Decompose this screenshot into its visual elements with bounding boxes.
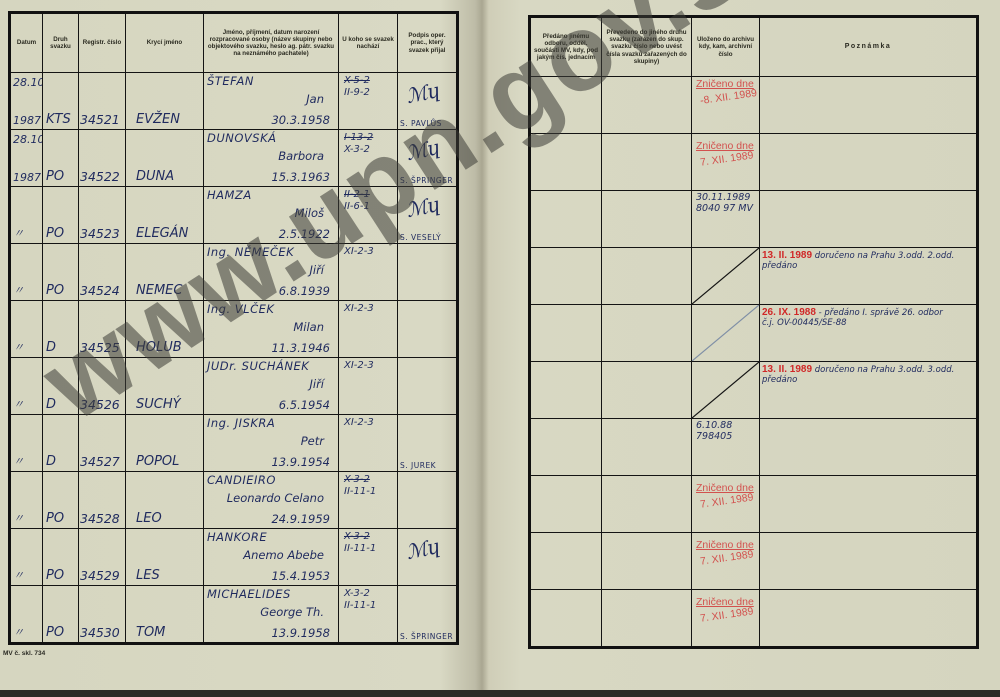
person-cell: Ing. JISKRAPetr13.9.1954 <box>204 415 339 472</box>
transferred-cell <box>602 305 692 362</box>
first-name: Milan <box>293 320 324 334</box>
signature-cell: ℳɥS. PAVLŮS <box>398 73 458 130</box>
cover-name: EVŽEN <box>136 112 180 127</box>
col-header-note: Poznámka <box>760 17 978 77</box>
cover-cell: LES <box>126 529 204 586</box>
first-name: Jan <box>306 92 324 106</box>
note-cell <box>760 590 978 648</box>
type-cell: PO <box>43 529 79 586</box>
note-cell <box>760 77 978 134</box>
signer-name: S. ŠPRINGER <box>400 632 453 641</box>
date-year: 〃 <box>13 624 24 640</box>
type-cell: D <box>43 301 79 358</box>
first-name: Miloš <box>295 206 324 220</box>
date-year: 〃 <box>13 453 24 469</box>
transferred-cell <box>602 590 692 648</box>
signer-name: S. ŠPRINGER <box>400 176 453 185</box>
note-cell: 13. II. 1989 doručeno na Prahu 3.odd. 2.… <box>760 248 978 305</box>
col-header-type: Druh svazku <box>43 13 79 73</box>
signature-scrawl: ℳɥ <box>404 135 443 166</box>
signature-scrawl: ℳɥ <box>404 78 443 109</box>
person-cell: MICHAELIDESGeorge Th.13.9.1958 <box>204 586 339 644</box>
type-cell: D <box>43 358 79 415</box>
note-cell <box>760 476 978 533</box>
file-type: PO <box>46 283 64 298</box>
cover-name: DUNA <box>136 169 174 184</box>
transferred-cell <box>602 533 692 590</box>
transferred-cell <box>602 419 692 476</box>
diagonal-strike <box>692 248 759 304</box>
date-year: 〃 <box>13 282 24 298</box>
signature-cell: S. JUREK <box>398 415 458 472</box>
table-row: 〃PO34529LESHANKOREAnemo Abebe15.4.1953X-… <box>10 529 458 586</box>
birth-date: 2.5.1922 <box>279 227 330 241</box>
person-cell: JUDr. SUCHÁNEKJiří6.5.1954 <box>204 358 339 415</box>
archived-cell: Zničeno dne-8. XII. 1989 <box>692 77 760 134</box>
date-year: 〃 <box>13 567 24 583</box>
transferred-cell <box>602 77 692 134</box>
reg-cell: 34525 <box>79 301 126 358</box>
surname: Ing. VLČEK <box>207 302 274 316</box>
reg-cell: 34528 <box>79 472 126 529</box>
surname: Ing. NĚMEČEK <box>207 245 294 259</box>
handed-over-cell <box>530 77 602 134</box>
surname: DUNOVSKÁ <box>207 131 277 145</box>
file-type: PO <box>46 226 64 241</box>
date-cell: 〃 <box>10 472 43 529</box>
reg-number: 34524 <box>80 283 120 298</box>
signature-scrawl: ℳɥ <box>404 534 443 565</box>
date-cell: 〃 <box>10 529 43 586</box>
first-name: George Th. <box>260 605 324 619</box>
location-code: XI-2-3 <box>344 303 374 314</box>
reg-cell: 34521 <box>79 73 126 130</box>
handed-over-cell <box>530 191 602 248</box>
cover-cell: DUNA <box>126 130 204 187</box>
table-row: 〃D34525HOLUBIng. VLČEKMilan11.3.1946XI-2… <box>10 301 458 358</box>
table-row: 13. II. 1989 doručeno na Prahu 3.odd. 2.… <box>530 248 978 305</box>
cover-name: POPOL <box>136 454 179 469</box>
note-entry: 26. IX. 1988 - předáno I. správě 26. odb… <box>762 308 943 328</box>
location-cell: XI-2-3 <box>339 244 398 301</box>
cover-name: HOLUB <box>136 340 182 355</box>
file-type: PO <box>46 568 64 583</box>
location-cell: II-2-1II-6-1 <box>339 187 398 244</box>
person-cell: HAMZAMiloš2.5.1922 <box>204 187 339 244</box>
col-header-cover-name: Krycí jméno <box>126 13 204 73</box>
date-day: 28.10. <box>13 76 43 89</box>
signature-scrawl: ℳɥ <box>404 192 443 223</box>
destroyed-stamp: Zničeno dne7. XII. 1989 <box>696 539 754 565</box>
type-cell: PO <box>43 586 79 644</box>
person-cell: CANDIEIROLeonardo Celano24.9.1959 <box>204 472 339 529</box>
disposition-table: Předáno jinému odboru, odděl. součásti M… <box>528 15 979 649</box>
diagonal-strike <box>692 305 759 361</box>
col-header-location: U koho se svazek nachází <box>339 13 398 73</box>
location-code-2: X-3-2 <box>344 144 370 155</box>
reg-cell: 34524 <box>79 244 126 301</box>
location-code-2: II-6-1 <box>344 201 370 212</box>
birth-date: 11.3.1946 <box>271 341 330 355</box>
surname: MICHAELIDES <box>207 587 291 601</box>
date-cell: 〃 <box>10 244 43 301</box>
handed-over-cell <box>530 533 602 590</box>
note-cell <box>760 533 978 590</box>
note-cell <box>760 134 978 191</box>
book-bottom-edge <box>0 690 1000 697</box>
date-cell: 〃 <box>10 358 43 415</box>
note-entry: 13. II. 1989 doručeno na Prahu 3.odd. 2.… <box>762 251 954 271</box>
location-cell: XI-2-3 <box>339 358 398 415</box>
reg-number: 34521 <box>80 112 120 127</box>
date-year: 〃 <box>13 396 24 412</box>
table-row: 〃PO34524NEMECIng. NĚMEČEKJiří6.8.1939XI-… <box>10 244 458 301</box>
location-cell: X-3-2II-11-1 <box>339 586 398 644</box>
signer-name: S. VESELÝ <box>400 233 441 242</box>
reg-number: 34528 <box>80 511 120 526</box>
table-row: 6.10.88 798405 <box>530 419 978 476</box>
handed-over-cell <box>530 476 602 533</box>
handed-over-cell <box>530 419 602 476</box>
cover-name: SUCHÝ <box>136 397 181 412</box>
surname: Ing. JISKRA <box>207 416 275 430</box>
person-cell: HANKOREAnemo Abebe15.4.1953 <box>204 529 339 586</box>
type-cell: D <box>43 415 79 472</box>
person-cell: ŠTEFANJan30.3.1958 <box>204 73 339 130</box>
cover-cell: HOLUB <box>126 301 204 358</box>
date-cell: 〃 <box>10 301 43 358</box>
location-cell: X-3-2II-11-1 <box>339 472 398 529</box>
table-row: Zničeno dne7. XII. 1989 <box>530 590 978 648</box>
surname: ŠTEFAN <box>207 74 254 88</box>
transferred-cell <box>602 191 692 248</box>
table-row: Zničeno dne-8. XII. 1989 <box>530 77 978 134</box>
reg-number: 34522 <box>80 169 120 184</box>
handed-over-cell <box>530 305 602 362</box>
handed-over-cell <box>530 362 602 419</box>
cover-cell: TOM <box>126 586 204 644</box>
header-row: Datum Druh svazku Registr. číslo Krycí j… <box>10 13 458 73</box>
date-year: 〃 <box>13 510 24 526</box>
type-cell: KTS <box>43 73 79 130</box>
destroyed-stamp: Zničeno dne7. XII. 1989 <box>696 596 754 622</box>
reg-number: 34523 <box>80 226 120 241</box>
location-code-2: II-11-1 <box>344 543 376 554</box>
location-code: XI-2-3 <box>344 246 374 257</box>
cover-cell: NEMEC <box>126 244 204 301</box>
handed-over-cell <box>530 590 602 648</box>
signature-cell <box>398 301 458 358</box>
archived-cell: 30.11.1989 8040 97 MV <box>692 191 760 248</box>
reg-cell: 34527 <box>79 415 126 472</box>
archived-cell <box>692 362 760 419</box>
file-type: PO <box>46 511 64 526</box>
destroyed-stamp: Zničeno dne7. XII. 1989 <box>696 482 754 508</box>
reg-number: 34530 <box>80 625 120 640</box>
date-cell: 〃 <box>10 415 43 472</box>
col-header-person: Jméno, příjmení, datum narození rozpraco… <box>204 13 339 73</box>
cover-cell: SUCHÝ <box>126 358 204 415</box>
person-cell: DUNOVSKÁBarbora15.3.1963 <box>204 130 339 187</box>
signature-cell: S. ŠPRINGER <box>398 586 458 644</box>
note-stamp-date: 26. IX. 1988 <box>762 307 816 318</box>
col-header-archived: Uloženo do archivu kdy, kam, archivní čí… <box>692 17 760 77</box>
archive-record: 30.11.1989 8040 97 MV <box>696 192 753 214</box>
date-day: 28.10. <box>13 133 43 146</box>
stamp-date: 7. XII. 1989 <box>699 548 754 568</box>
first-name: Barbora <box>278 149 324 163</box>
left-page: Datum Druh svazku Registr. číslo Krycí j… <box>0 0 480 690</box>
archived-cell: 6.10.88 798405 <box>692 419 760 476</box>
file-type: D <box>46 397 56 412</box>
signature-cell <box>398 358 458 415</box>
location-cell: I-13-2X-3-2 <box>339 130 398 187</box>
file-type: PO <box>46 169 64 184</box>
archived-cell: Zničeno dne7. XII. 1989 <box>692 476 760 533</box>
table-row: Zničeno dne7. XII. 1989 <box>530 134 978 191</box>
table-row: Zničeno dne7. XII. 1989 <box>530 476 978 533</box>
table-row: 〃PO34523ELEGÁNHAMZAMiloš2.5.1922II-2-1II… <box>10 187 458 244</box>
col-header-signature: Podpis oper. prac., který svazek přijal <box>398 13 458 73</box>
col-header-handed-over: Předáno jinému odboru, odděl. součásti M… <box>530 17 602 77</box>
signature-cell: ℳɥS. VESELÝ <box>398 187 458 244</box>
type-cell: PO <box>43 130 79 187</box>
table-row: Zničeno dne7. XII. 1989 <box>530 533 978 590</box>
date-cell: 〃 <box>10 586 43 644</box>
reg-cell: 34523 <box>79 187 126 244</box>
reg-cell: 34522 <box>79 130 126 187</box>
birth-date: 15.4.1953 <box>271 569 330 583</box>
surname: HANKORE <box>207 530 267 544</box>
transferred-cell <box>602 476 692 533</box>
table-row: 13. II. 1989 doručeno na Prahu 3.odd. 3.… <box>530 362 978 419</box>
signer-name: S. JUREK <box>400 461 436 470</box>
stamp-date: 7. XII. 1989 <box>699 491 754 511</box>
table-row: 〃D34526SUCHÝJUDr. SUCHÁNEKJiří6.5.1954XI… <box>10 358 458 415</box>
location-cell: X-3-2II-11-1 <box>339 529 398 586</box>
date-year: 〃 <box>13 225 24 241</box>
stamp-date: 7. XII. 1989 <box>699 605 754 625</box>
stamp-date: -8. XII. 1989 <box>699 87 757 108</box>
note-cell: 26. IX. 1988 - předáno I. správě 26. odb… <box>760 305 978 362</box>
first-name: Petr <box>301 434 324 448</box>
date-year: 1987 <box>13 171 41 184</box>
date-year: 1987 <box>13 114 41 127</box>
surname: JUDr. SUCHÁNEK <box>207 359 309 373</box>
handed-over-cell <box>530 248 602 305</box>
location-code-2: II-11-1 <box>344 600 376 611</box>
birth-date: 13.9.1954 <box>271 455 330 469</box>
col-header-transferred: Převedeno do jiného druhu svazku (zařaze… <box>602 17 692 77</box>
archived-cell: Zničeno dne7. XII. 1989 <box>692 533 760 590</box>
birth-date: 15.3.1963 <box>271 170 330 184</box>
table-row: 28.10.1987KTS34521EVŽENŠTEFANJan30.3.195… <box>10 73 458 130</box>
form-code: MV č. skl. 734 <box>3 650 45 657</box>
table-row: 〃D34527POPOLIng. JISKRAPetr13.9.1954XI-2… <box>10 415 458 472</box>
table-row: 〃PO34528LEOCANDIEIROLeonardo Celano24.9.… <box>10 472 458 529</box>
note-entry: 13. II. 1989 doručeno na Prahu 3.odd. 3.… <box>762 365 954 385</box>
cover-cell: POPOL <box>126 415 204 472</box>
signature-cell: ℳɥ <box>398 529 458 586</box>
date-cell: 28.10.1987 <box>10 130 43 187</box>
handed-over-cell <box>530 134 602 191</box>
signer-name: S. PAVLŮS <box>400 119 442 128</box>
location-cell: XI-2-3 <box>339 415 398 472</box>
cover-name: TOM <box>136 625 165 640</box>
signature-cell: ℳɥS. ŠPRINGER <box>398 130 458 187</box>
col-header-reg-number: Registr. číslo <box>79 13 126 73</box>
person-cell: Ing. VLČEKMilan11.3.1946 <box>204 301 339 358</box>
transferred-cell <box>602 134 692 191</box>
stamp-date: 7. XII. 1989 <box>699 149 754 169</box>
location-code: X-3-2 <box>344 531 370 542</box>
date-year: 〃 <box>13 339 24 355</box>
reg-number: 34525 <box>80 340 120 355</box>
table-row: 〃PO34530TOMMICHAELIDESGeorge Th.13.9.195… <box>10 586 458 644</box>
signature-cell <box>398 244 458 301</box>
note-cell <box>760 419 978 476</box>
table-row: 30.11.1989 8040 97 MV <box>530 191 978 248</box>
header-row: Předáno jinému odboru, odděl. součásti M… <box>530 17 978 77</box>
signature-cell <box>398 472 458 529</box>
location-code: X-5-2 <box>344 75 370 86</box>
destroyed-stamp: Zničeno dne7. XII. 1989 <box>696 140 754 166</box>
birth-date: 30.3.1958 <box>271 113 330 127</box>
registration-table: Datum Druh svazku Registr. číslo Krycí j… <box>8 11 459 645</box>
reg-cell: 34526 <box>79 358 126 415</box>
cover-name: ELEGÁN <box>136 226 188 241</box>
table-row: 28.10.1987PO34522DUNADUNOVSKÁBarbora15.3… <box>10 130 458 187</box>
type-cell: PO <box>43 187 79 244</box>
note-cell: 13. II. 1989 doručeno na Prahu 3.odd. 3.… <box>760 362 978 419</box>
cover-name: NEMEC <box>136 283 182 298</box>
cover-name: LES <box>136 568 160 583</box>
location-code-2: II-11-1 <box>344 486 376 497</box>
type-cell: PO <box>43 244 79 301</box>
note-cell <box>760 191 978 248</box>
archived-cell: Zničeno dne7. XII. 1989 <box>692 590 760 648</box>
file-type: PO <box>46 625 64 640</box>
reg-number: 34526 <box>80 397 120 412</box>
archive-record: 6.10.88 798405 <box>696 420 732 442</box>
cover-cell: LEO <box>126 472 204 529</box>
first-name: Jiří <box>309 263 324 277</box>
archived-cell: Zničeno dne7. XII. 1989 <box>692 134 760 191</box>
file-type: KTS <box>46 112 71 127</box>
birth-date: 6.8.1939 <box>279 284 330 298</box>
archived-cell <box>692 248 760 305</box>
type-cell: PO <box>43 472 79 529</box>
date-cell: 28.10.1987 <box>10 73 43 130</box>
location-cell: XI-2-3 <box>339 301 398 358</box>
location-code: II-2-1 <box>344 189 370 200</box>
file-type: D <box>46 340 56 355</box>
location-code: X-3-2 <box>344 474 370 485</box>
birth-date: 6.5.1954 <box>279 398 330 412</box>
cover-cell: EVŽEN <box>126 73 204 130</box>
location-code-2: II-9-2 <box>344 87 370 98</box>
location-code: XI-2-3 <box>344 417 374 428</box>
location-cell: X-5-2II-9-2 <box>339 73 398 130</box>
note-stamp-date: 13. II. 1989 <box>762 250 812 261</box>
reg-number: 34527 <box>80 454 120 469</box>
transferred-cell <box>602 248 692 305</box>
reg-cell: 34530 <box>79 586 126 644</box>
first-name: Anemo Abebe <box>243 548 324 562</box>
surname: CANDIEIRO <box>207 473 276 487</box>
reg-number: 34529 <box>80 568 120 583</box>
first-name: Leonardo Celano <box>227 491 324 505</box>
birth-date: 13.9.1958 <box>271 626 330 640</box>
date-cell: 〃 <box>10 187 43 244</box>
cover-name: LEO <box>136 511 162 526</box>
cover-cell: ELEGÁN <box>126 187 204 244</box>
surname: HAMZA <box>207 188 252 202</box>
person-cell: Ing. NĚMEČEKJiří6.8.1939 <box>204 244 339 301</box>
transferred-cell <box>602 362 692 419</box>
table-row: 26. IX. 1988 - předáno I. správě 26. odb… <box>530 305 978 362</box>
birth-date: 24.9.1959 <box>271 512 330 526</box>
archived-cell <box>692 305 760 362</box>
diagonal-strike <box>692 362 759 418</box>
reg-cell: 34529 <box>79 529 126 586</box>
note-stamp-date: 13. II. 1989 <box>762 364 812 375</box>
location-code: X-3-2 <box>344 588 370 599</box>
first-name: Jiří <box>309 377 324 391</box>
location-code: I-13-2 <box>344 132 373 143</box>
col-header-date: Datum <box>10 13 43 73</box>
location-code: XI-2-3 <box>344 360 374 371</box>
file-type: D <box>46 454 56 469</box>
destroyed-stamp: Zničeno dne-8. XII. 1989 <box>696 78 757 104</box>
